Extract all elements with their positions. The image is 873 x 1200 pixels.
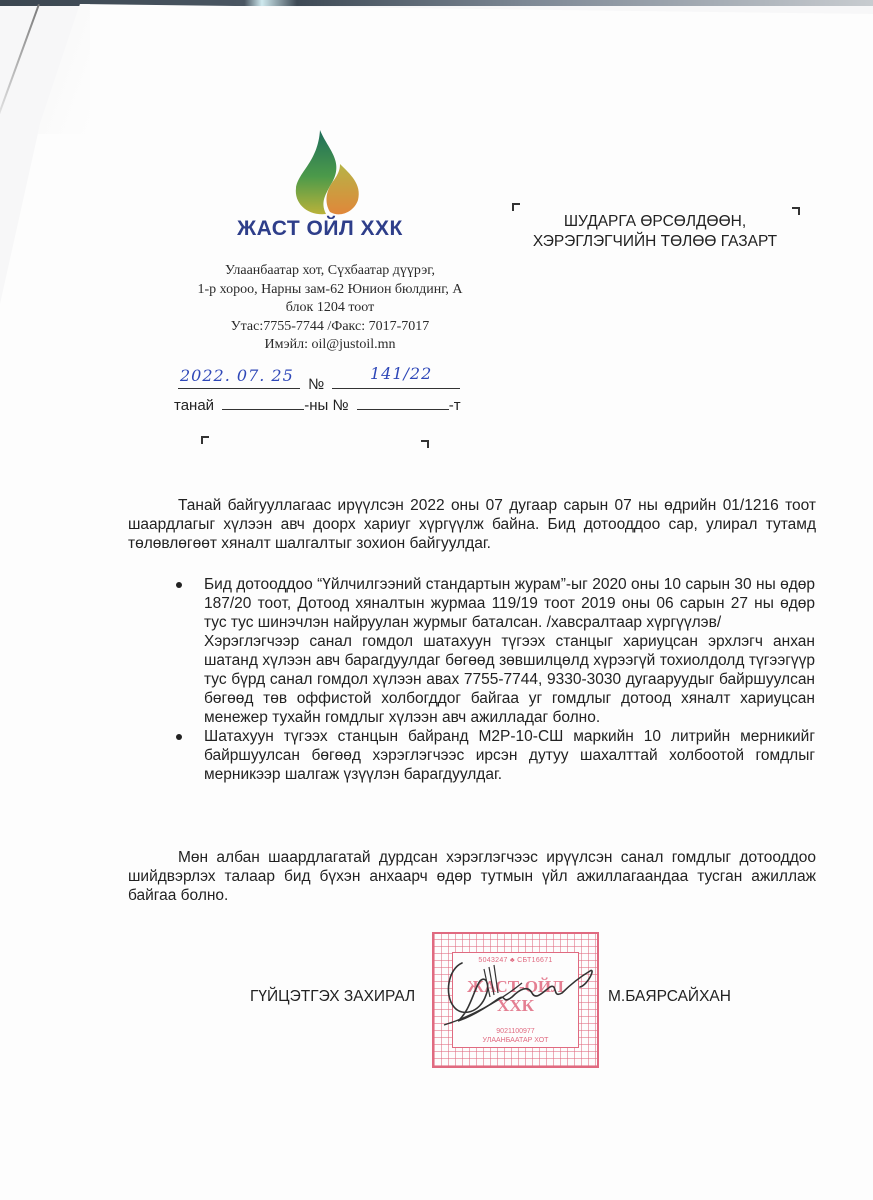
corner-mark [421, 440, 429, 448]
address-line: 1-р хороо, Нарны зам-62 Юнион бюлдинг, А [160, 281, 500, 300]
bullet-icon [176, 582, 182, 588]
phone-fax-line: Утас:7755-7744 /Факс: 7017-7017 [160, 318, 500, 337]
signatory-name: М.БАЯРСАЙХАН [608, 988, 731, 1006]
your-number-label: -ны № [304, 397, 348, 414]
your-date-field [222, 395, 304, 410]
handwritten-number: 141/22 [370, 364, 432, 383]
measures-list: Бид дотооддоо “Үйлчилгээний стандартын ж… [170, 575, 815, 784]
number-label: № [308, 376, 324, 393]
your-number-field [357, 395, 449, 410]
intro-paragraph: Танай байгууллагаас ирүүлсэн 2022 оны 07… [128, 496, 816, 553]
recipient-block: ШУДАРГА ӨРСӨЛДӨӨН, ХЭРЭГЛЭГЧИЙН ТӨЛӨӨ ГА… [510, 212, 800, 252]
stamp-city: УЛААНБААТАР ХОТ [483, 1036, 549, 1045]
recipient-line: ШУДАРГА ӨРСӨЛДӨӨН, [510, 212, 800, 232]
signatory-title: ГҮЙЦЭТГЭХ ЗАХИРАЛ [250, 988, 415, 1006]
list-item: Шатахуун түгээх станцын байранд М2Р-10-С… [170, 727, 815, 784]
list-paragraph: Хэрэглэгчээр санал гомдол шатахуун түгээ… [204, 632, 815, 727]
incoming-reference: танай -ны № -т [174, 395, 461, 414]
closing-paragraph: Мөн албан шаардлагатай дурдсан хэрэглэгч… [128, 848, 816, 905]
oil-drop-logo-icon [290, 128, 370, 218]
list-paragraph: Шатахуун түгээх станцын байранд М2Р-10-С… [204, 727, 815, 784]
company-address: Улаанбаатар хот, Сүхбаатар дүүрэг, 1-р х… [160, 262, 500, 355]
recipient-line: ХЭРЭГЛЭГЧИЙН ТӨЛӨӨ ГАЗАРТ [510, 232, 800, 252]
email-line: Имэйл: oil@justoil.mn [160, 336, 500, 355]
fold-line [0, 4, 40, 117]
corner-mark [512, 203, 520, 211]
company-name: ЖАСТ ОЙЛ ХХК [225, 217, 415, 241]
your-label: танай [174, 397, 214, 414]
bullet-icon [176, 734, 182, 740]
list-item: Бид дотооддоо “Үйлчилгээний стандартын ж… [170, 575, 815, 727]
handwritten-date: 2022. 07. 25 [180, 366, 294, 385]
list-paragraph: Бид дотооддоо “Үйлчилгээний стандартын ж… [204, 575, 815, 632]
handwritten-signature-icon [440, 955, 605, 1030]
corner-mark [201, 436, 209, 444]
address-line: блок 1204 тоот [160, 299, 500, 318]
your-end: -т [449, 397, 461, 414]
address-line: Улаанбаатар хот, Сүхбаатар дүүрэг, [160, 262, 500, 281]
